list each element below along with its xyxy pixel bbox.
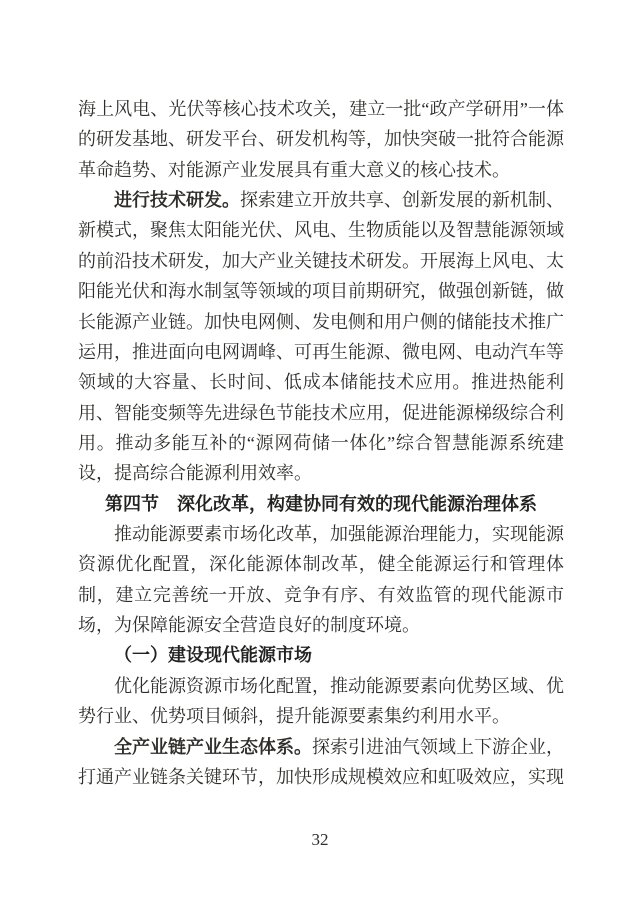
text-block: 海上风电、光伏等核心技术攻关，建立一批“政产学研用”一体的研发基地、研发平台、研… [78,94,564,792]
paragraph-market: 优化能源资源市场化配置，推动能源要素向优势区域、优势行业、优势项目倾斜，提升能源… [78,671,564,732]
paragraph-tech-rd-lead: 进行技术研发。 [114,190,240,210]
document-page: 海上风电、光伏等核心技术攻关，建立一批“政产学研用”一体的研发基地、研发平台、研… [0,0,640,905]
paragraph-ecosystem: 全产业链产业生态体系。探索引进油气领域上下游企业，打通产业链条关键环节，加快形成… [78,732,564,793]
paragraph-tech-rd-body: 探索建立开放共享、创新发展的新机制、新模式，聚焦太阳能光伏、风电、生物质能以及智… [78,190,564,483]
paragraph-reform: 推动能源要素市场化改革，加强能源治理能力，实现能源资源优化配置，深化能源体制改革… [78,519,564,640]
paragraph-continuation: 海上风电、光伏等核心技术攻关，建立一批“政产学研用”一体的研发基地、研发平台、研… [78,94,564,185]
paragraph-tech-rd: 进行技术研发。探索建立开放共享、创新发展的新机制、新模式，聚焦太阳能光伏、风电、… [78,185,564,489]
sub-heading-modern-energy-market: （一）建设现代能源市场 [78,640,564,670]
page-number: 32 [0,830,640,850]
section-heading: 第四节 深化改革，构建协同有效的现代能源治理体系 [78,489,564,519]
paragraph-ecosystem-lead: 全产业链产业生态体系。 [114,737,312,757]
